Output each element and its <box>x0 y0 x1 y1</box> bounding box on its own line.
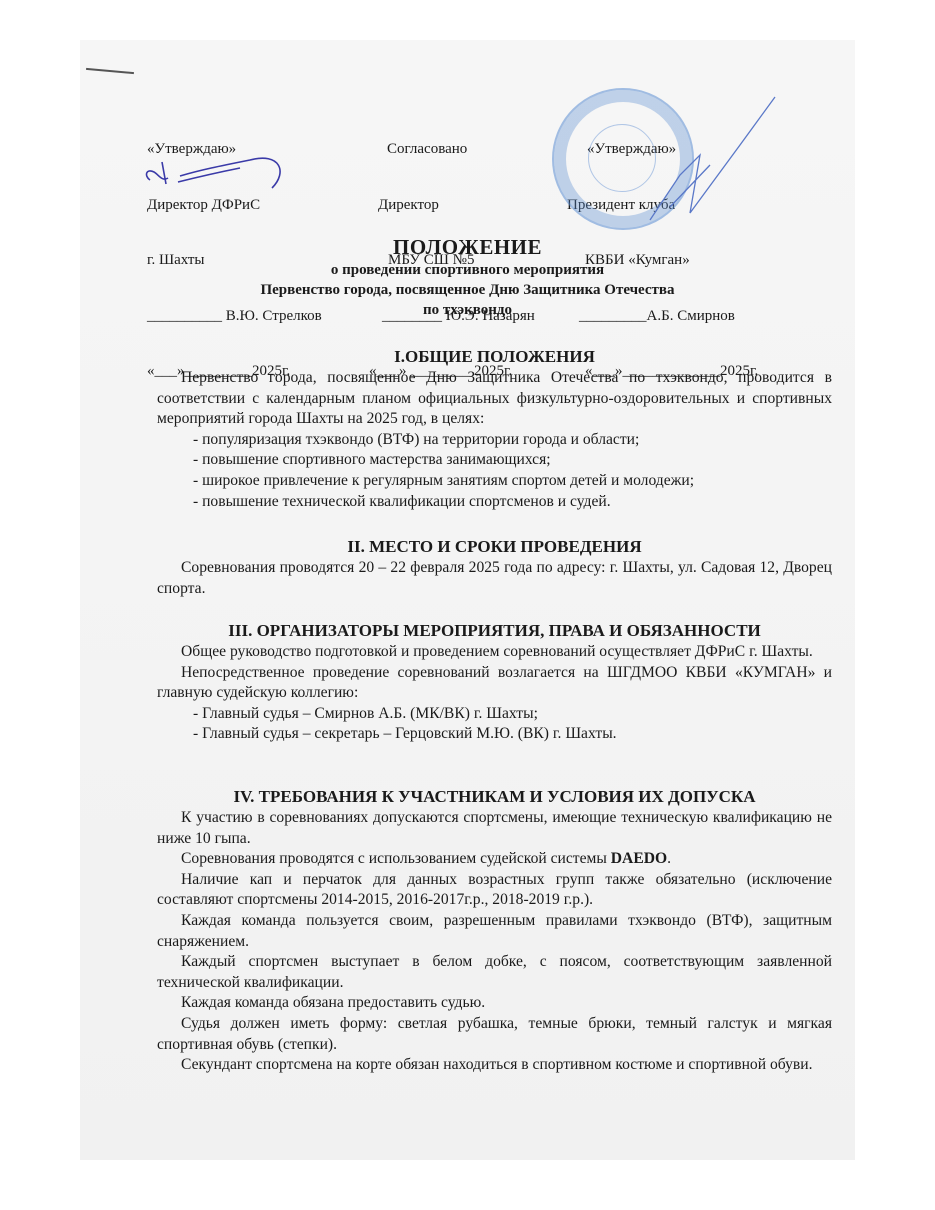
paragraph: Непосредственное проведение соревнований… <box>157 663 832 704</box>
paragraph: Каждая команда обязана предоставить судь… <box>157 993 832 1014</box>
paragraph-text: Соревнования проводятся с использованием… <box>181 850 611 867</box>
paragraph: Наличие кап и перчаток для данных возрас… <box>157 870 832 911</box>
paragraph: Общее руководство подготовкой и проведен… <box>157 642 832 663</box>
section-organizers: III. ОРГАНИЗАТОРЫ МЕРОПРИЯТИЯ, ПРАВА И О… <box>157 620 832 745</box>
section-heading: IV. ТРЕБОВАНИЯ К УЧАСТНИКАМ И УСЛОВИЯ ИХ… <box>157 786 832 808</box>
paragraph-end: . <box>667 850 671 867</box>
list-item: - Главный судья – Смирнов А.Б. (МК/ВК) г… <box>157 704 832 725</box>
paragraph: Соревнования проводятся 20 – 22 февраля … <box>157 558 832 599</box>
signature-strelkov-icon <box>140 148 290 190</box>
paragraph: Каждая команда пользуется своим, разреше… <box>157 911 832 952</box>
list-item: - широкое привлечение к регулярным занят… <box>157 471 832 492</box>
paragraph: Соревнования проводятся с использованием… <box>157 849 832 870</box>
title-line-1: о проведении спортивного мероприятия <box>0 260 935 280</box>
list-item: - повышение спортивного мастерства заним… <box>157 450 832 471</box>
section-heading: III. ОРГАНИЗАТОРЫ МЕРОПРИЯТИЯ, ПРАВА И О… <box>157 620 832 642</box>
title-main: ПОЛОЖЕНИЕ <box>0 234 935 260</box>
list-item: - популяризация тхэквондо (ВТФ) на терри… <box>157 430 832 451</box>
approval-title: Директор ДФРиС <box>147 196 322 215</box>
section-heading: I.ОБЩИЕ ПОЛОЖЕНИЯ <box>157 346 832 368</box>
section-requirements: IV. ТРЕБОВАНИЯ К УЧАСТНИКАМ И УСЛОВИЯ ИХ… <box>157 786 832 1076</box>
list-item: - повышение технической квалификации спо… <box>157 492 832 513</box>
paragraph: К участию в соревнованиях допускаются сп… <box>157 808 832 849</box>
approval-heading: Согласовано <box>369 140 535 159</box>
section-general: I.ОБЩИЕ ПОЛОЖЕНИЯ Первенство города, пос… <box>157 346 832 512</box>
title-line-3: по тхэквондо <box>0 300 935 320</box>
paragraph: Первенство города, посвященное Дню Защит… <box>157 368 832 430</box>
title-line-2: Первенство города, посвященное Дню Защит… <box>0 280 935 300</box>
document-title: ПОЛОЖЕНИЕ о проведении спортивного мероп… <box>0 234 935 320</box>
signature-smirnov-icon <box>640 95 780 225</box>
paragraph: Каждый спортсмен выступает в белом добке… <box>157 952 832 993</box>
section-heading: II. МЕСТО И СРОКИ ПРОВЕДЕНИЯ <box>157 536 832 558</box>
paragraph: Секундант спортсмена на корте обязан нах… <box>157 1055 832 1076</box>
paragraph: Судья должен иметь форму: светлая рубашк… <box>157 1014 832 1055</box>
section-venue: II. МЕСТО И СРОКИ ПРОВЕДЕНИЯ Соревновани… <box>157 536 832 599</box>
approval-title: Директор <box>369 196 535 215</box>
system-name: DAEDO <box>611 850 667 867</box>
list-item: - Главный судья – секретарь – Герцовский… <box>157 724 832 745</box>
